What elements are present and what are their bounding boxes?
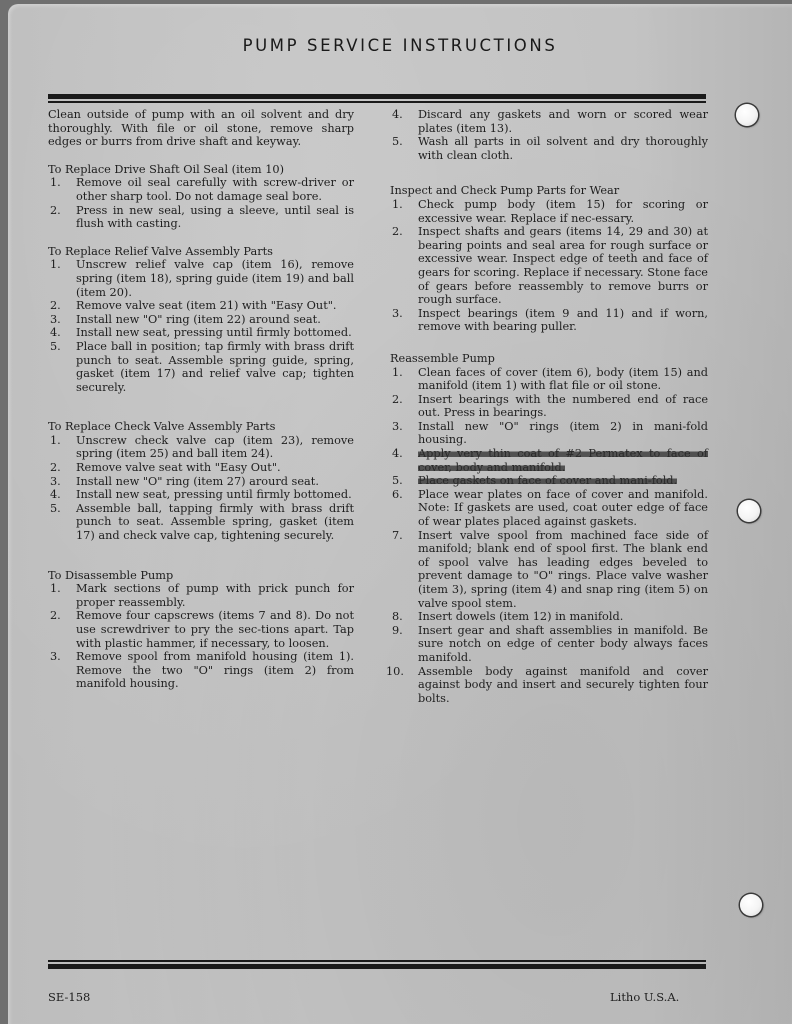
section-inspect: Inspect and Check Pump Parts for Wear 1.… <box>390 184 708 334</box>
form-number: SE-158 <box>48 990 90 1004</box>
step: 2.Insert bearings with the numbered end … <box>390 393 708 420</box>
step-struck-out: 5.Place gaskets on face of cover and man… <box>390 474 708 488</box>
footer-rule <box>48 960 706 969</box>
section-reassemble: Reassemble Pump 1.Clean faces of cover (… <box>390 352 708 705</box>
step: 3.Install new "O" rings (item 2) in mani… <box>390 420 708 447</box>
step: 2.Remove valve seat with "Easy Out". <box>48 461 354 475</box>
step: 10.Assemble body against manifold and co… <box>390 665 708 706</box>
step: 2.Remove four capscrews (items 7 and 8).… <box>48 609 354 650</box>
intro-paragraph: Clean outside of pump with an oil solven… <box>48 108 354 149</box>
right-column: 4.Discard any gaskets and worn or scored… <box>390 108 708 719</box>
step: 1.Clean faces of cover (item 6), body (i… <box>390 366 708 393</box>
step: 1.Unscrew check valve cap (item 23), rem… <box>48 434 354 461</box>
step: 5.Assemble ball, tapping firmly with bra… <box>48 502 354 543</box>
step: 3.Inspect bearings (item 9 and 11) and i… <box>390 307 708 334</box>
section-disassemble-continued: 4.Discard any gaskets and worn or scored… <box>390 108 708 162</box>
step: 3.Install new "O" ring (item 27) arourd … <box>48 475 354 489</box>
section-heading: To Replace Drive Shaft Oil Seal (item 10… <box>48 163 354 177</box>
printer-credit: Litho U.S.A. <box>610 990 679 1004</box>
section-heading: Inspect and Check Pump Parts for Wear <box>390 184 708 198</box>
step: 4.Discard any gaskets and worn or scored… <box>390 108 708 135</box>
section-disassemble: To Disassemble Pump 1.Mark sections of p… <box>48 569 354 691</box>
step: 4.Install new seat, pressing until firml… <box>48 326 354 340</box>
step: 9.Insert gear and shaft assemblies in ma… <box>390 624 708 665</box>
step: 5.Place ball in position; tap firmly wit… <box>48 340 354 394</box>
left-column: Clean outside of pump with an oil solven… <box>48 108 354 705</box>
step: 1.Mark sections of pump with prick punch… <box>48 582 354 609</box>
step: 4.Install new seat, pressing until firml… <box>48 488 354 502</box>
section-check-valve: To Replace Check Valve Assembly Parts 1.… <box>48 420 354 542</box>
binder-hole-icon <box>736 104 758 126</box>
step: 8.Insert dowels (item 12) in manifold. <box>390 610 708 624</box>
step: 2.Inspect shafts and gears (items 14, 29… <box>390 225 708 307</box>
step: 5.Wash all parts in oil solvent and dry … <box>390 135 708 162</box>
section-relief-valve: To Replace Relief Valve Assembly Parts 1… <box>48 245 354 395</box>
step: 2.Remove valve seat (item 21) with "Easy… <box>48 299 354 313</box>
step: 3.Install new "O" ring (item 22) around … <box>48 313 354 327</box>
step: 3.Remove spool from manifold housing (it… <box>48 650 354 691</box>
section-heading: To Disassemble Pump <box>48 569 354 583</box>
section-heading: Reassemble Pump <box>390 352 708 366</box>
header-rule <box>48 94 706 103</box>
binder-hole-icon <box>740 894 762 916</box>
step: 1.Remove oil seal carefully with screw-d… <box>48 176 354 203</box>
binder-hole-icon <box>738 500 760 522</box>
section-drive-shaft-seal: To Replace Drive Shaft Oil Seal (item 10… <box>48 163 354 231</box>
step: 7.Insert valve spool from machined face … <box>390 529 708 611</box>
step: 1.Check pump body (item 15) for scoring … <box>390 198 708 225</box>
step: 2.Press in new seal, using a sleeve, unt… <box>48 204 354 231</box>
step-struck-out: 4.Apply very thin coat of #2 Permatex to… <box>390 447 708 474</box>
page-title: PUMP SERVICE INSTRUCTIONS <box>8 36 792 55</box>
document-page: PUMP SERVICE INSTRUCTIONS Clean outside … <box>8 4 792 1024</box>
section-heading: To Replace Relief Valve Assembly Parts <box>48 245 354 259</box>
step: 1.Unscrew relief valve cap (item 16), re… <box>48 258 354 299</box>
section-heading: To Replace Check Valve Assembly Parts <box>48 420 354 434</box>
step: 6.Place wear plates on face of cover and… <box>390 488 708 529</box>
